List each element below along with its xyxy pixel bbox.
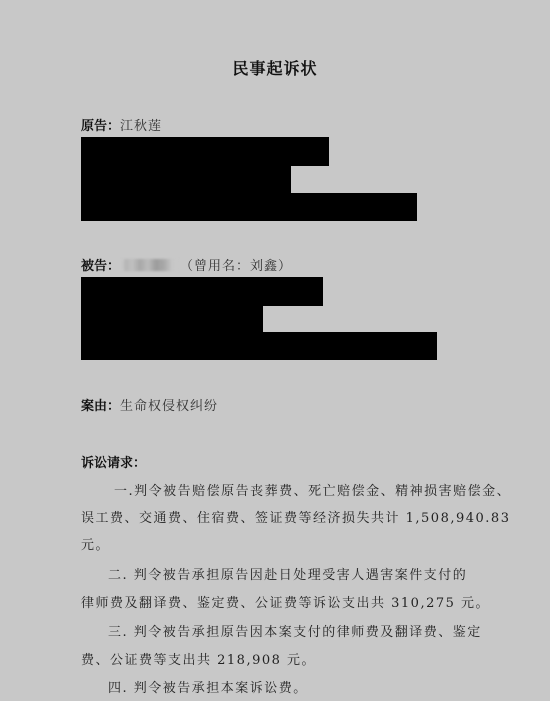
- redaction-bar: [81, 305, 263, 333]
- redaction-bar: [81, 193, 417, 221]
- plaintiff-field: 原告：江秋莲: [81, 119, 162, 135]
- document-title: 民事起诉状: [0, 56, 550, 79]
- redaction-bar: [81, 277, 323, 306]
- redaction-bar: [81, 165, 291, 194]
- claim-3-line-1: 三. 判令被告承担原告因本案支付的律师费及翻译费、鉴定: [108, 619, 508, 646]
- redaction-bar: [81, 332, 437, 360]
- defendant-field: 被告：（曾用名：刘鑫）: [81, 259, 292, 275]
- claims-heading-label: 诉讼请求：: [81, 456, 146, 471]
- claim-3-line-2: 费、公证费等支出共 218,908 元。: [81, 647, 481, 674]
- claim-1-line-3: 元。: [81, 532, 481, 559]
- defendant-label: 被告：: [81, 259, 120, 274]
- cause-label: 案由：: [81, 399, 120, 414]
- claim-1-line-2: 误工费、交通费、住宿费、签证费等经济损失共计 1,508,940.83: [81, 505, 481, 532]
- cause-field: 案由：生命权侵权纠纷: [81, 399, 218, 415]
- plaintiff-label: 原告：: [81, 119, 120, 134]
- defendant-alias: （曾用名：刘鑫）: [180, 259, 292, 274]
- claim-2-line-2: 律师费及翻译费、鉴定费、公证费等诉讼支出共 310,275 元。: [81, 590, 481, 617]
- claim-4-line-1: 四. 判令被告承担本案诉讼费。: [108, 675, 508, 701]
- claims-heading: 诉讼请求：: [81, 456, 146, 472]
- claim-1-line-1: 一.判令被告赔偿原告丧葬费、死亡赔偿金、精神损害赔偿金、: [114, 478, 514, 505]
- blurred-defendant-name: [122, 259, 178, 271]
- cause-value: 生命权侵权纠纷: [120, 399, 218, 414]
- plaintiff-name: 江秋莲: [120, 119, 162, 134]
- redaction-bar: [81, 137, 329, 166]
- claim-2-line-1: 二. 判令被告承担原告因赴日处理受害人遇害案件支付的: [108, 562, 508, 589]
